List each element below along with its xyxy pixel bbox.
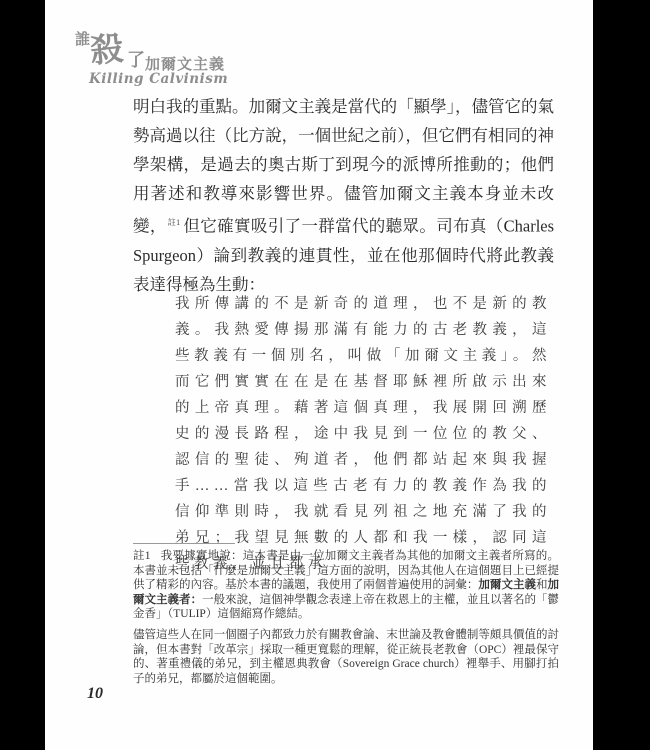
book-logo: 誰 殺 了 加爾文主義 Killing Calvinism (75, 24, 295, 88)
page-number: 10 (87, 685, 103, 703)
footnote-2: 儘管這些人在同一個圈子內都致力於有關教會論、末世論及教會體制等頗具價值的討論，但… (133, 628, 559, 686)
main-paragraph: 明白我的重點。加爾文主義是當代的「顯學」，儘管它的氣勢高過以往（比方說，一個世紀… (133, 92, 554, 299)
footnote-1-bold-term-1: 加爾文主義 (478, 579, 536, 591)
logo-char-kill: 殺 (88, 22, 126, 72)
main-paragraph-text-before: 明白我的重點。加爾文主義是當代的「顯學」，儘管它的氣勢高過以往（比方說，一個世紀… (133, 97, 554, 236)
main-paragraph-text-after: 但它確實吸引了一群當代的聽眾。司布真（Charles Spurgeon）論到教義… (133, 217, 554, 294)
footnote-1-label: 註1 (133, 550, 150, 562)
footnote-reference-marker: 註1 (168, 218, 180, 227)
book-page: 誰 殺 了 加爾文主義 Killing Calvinism 明白我的重點。加爾文… (45, 0, 593, 750)
footnote-1-conjunction: 和 (536, 579, 548, 591)
logo-char-le: 了 (127, 46, 145, 72)
footnote-separator-rule (133, 543, 235, 544)
screenshot-root: { "logo": { "char_who": "誰", "char_kill"… (0, 0, 650, 750)
logo-title-en: Killing Calvinism (89, 71, 228, 87)
footnote-1: 註1我要據實地說：這本書是由一位加爾文主義者為其他的加爾文主義者所寫的。本書並未… (133, 549, 559, 622)
block-quote: 我所傳講的不是新奇的道理，也不是新的教義。我熱愛傳揚那滿有能力的古老教義，這些教… (175, 291, 551, 577)
